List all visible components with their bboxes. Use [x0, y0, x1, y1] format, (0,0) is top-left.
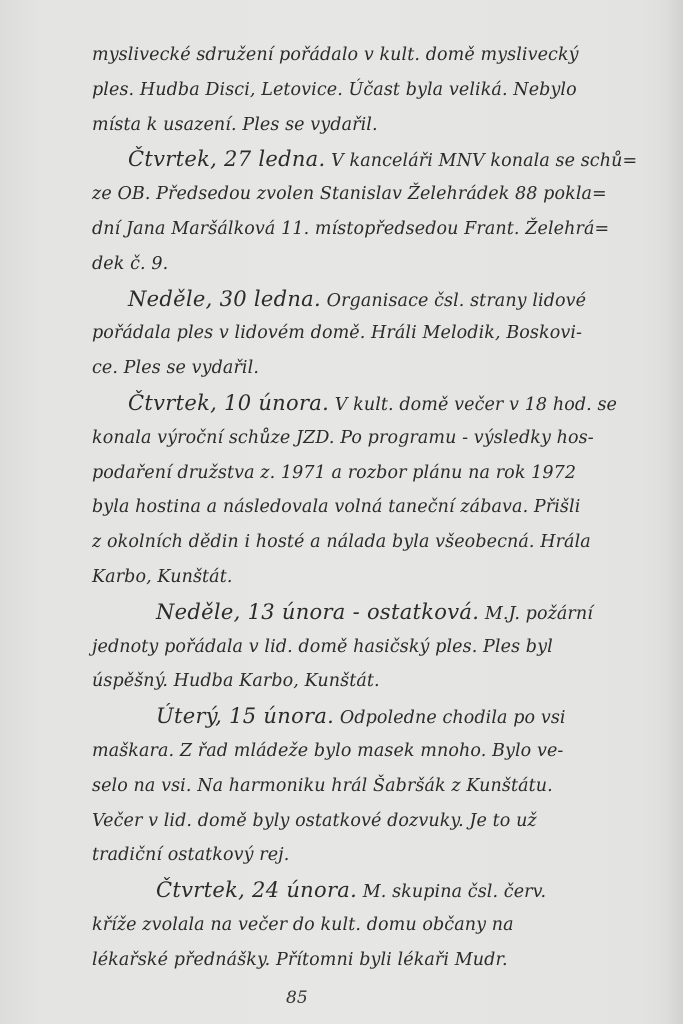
text-line: Karbo, Kunštát. [92, 560, 652, 595]
text-line: ce. Ples se vydařil. [92, 351, 652, 386]
entry-heading-line: Čtvrtek, 27 ledna. V kanceláři MNV konal… [92, 142, 652, 177]
text-line: dní Jana Maršálková 11. místopředsedou F… [92, 212, 652, 247]
text-line: úspěšný. Hudba Karbo, Kunštát. [92, 664, 652, 699]
text-line: místa k usazení. Ples se vydařil. [92, 108, 652, 143]
entry-date: Neděle, 30 ledna. [128, 287, 321, 311]
entry-heading-line: Neděle, 30 ledna. Organisace čsl. strany… [92, 282, 652, 317]
entry-heading-line: Čtvrtek, 10 února. V kult. domě večer v … [92, 386, 652, 421]
text-line: jednoty pořádala v lid. domě hasičský pl… [92, 630, 652, 665]
text-line: podaření družstva z. 1971 a rozbor plánu… [92, 456, 652, 491]
text-line: Večer v lid. domě byly ostatkové dozvuky… [92, 804, 652, 839]
text-line: ples. Hudba Disci, Letovice. Účast byla … [92, 73, 652, 108]
text-line: tradiční ostatkový rej. [92, 838, 652, 873]
text-line: lékařské přednášky. Přítomni byli lékaři… [92, 943, 652, 978]
text-line: kříže zvolala na večer do kult. domu obč… [92, 908, 652, 943]
entry-heading-line: Neděle, 13 února - ostatková. M.J. požár… [92, 595, 652, 630]
entry-date: Čtvrtek, 24 února. [156, 878, 357, 902]
text-line: konala výroční schůze JZD. Po programu -… [92, 421, 652, 456]
entry-heading-line: Úterý, 15 února. Odpoledne chodila po vs… [92, 699, 652, 734]
notebook-page: myslivecké sdružení pořádalo v kult. dom… [0, 0, 683, 1024]
text-line: dek č. 9. [92, 247, 652, 282]
text-line: maškara. Z řad mládeže bylo masek mnoho.… [92, 734, 652, 769]
text-line: z okolních dědin i hosté a nálada byla v… [92, 525, 652, 560]
entry-date: Úterý, 15 února. [156, 704, 334, 728]
page-number: 85 [286, 988, 308, 1008]
text-line: myslivecké sdružení pořádalo v kult. dom… [92, 38, 652, 73]
text-line: ze OB. Předsedou zvolen Stanislav Želehr… [92, 177, 652, 212]
entry-date: Neděle, 13 února - ostatková. [156, 600, 479, 624]
text-line: byla hostina a následovala volná taneční… [92, 490, 652, 525]
entry-heading-line: Čtvrtek, 24 února. M. skupina čsl. červ. [92, 873, 652, 908]
entry-date: Čtvrtek, 10 února. [128, 391, 329, 415]
text-line: selo na vsi. Na harmoniku hrál Šabršák z… [92, 769, 652, 804]
text-line: pořádala ples v lidovém domě. Hráli Melo… [92, 316, 652, 351]
handwritten-text-block: myslivecké sdružení pořádalo v kult. dom… [92, 38, 652, 978]
entry-date: Čtvrtek, 27 ledna. [128, 147, 325, 171]
